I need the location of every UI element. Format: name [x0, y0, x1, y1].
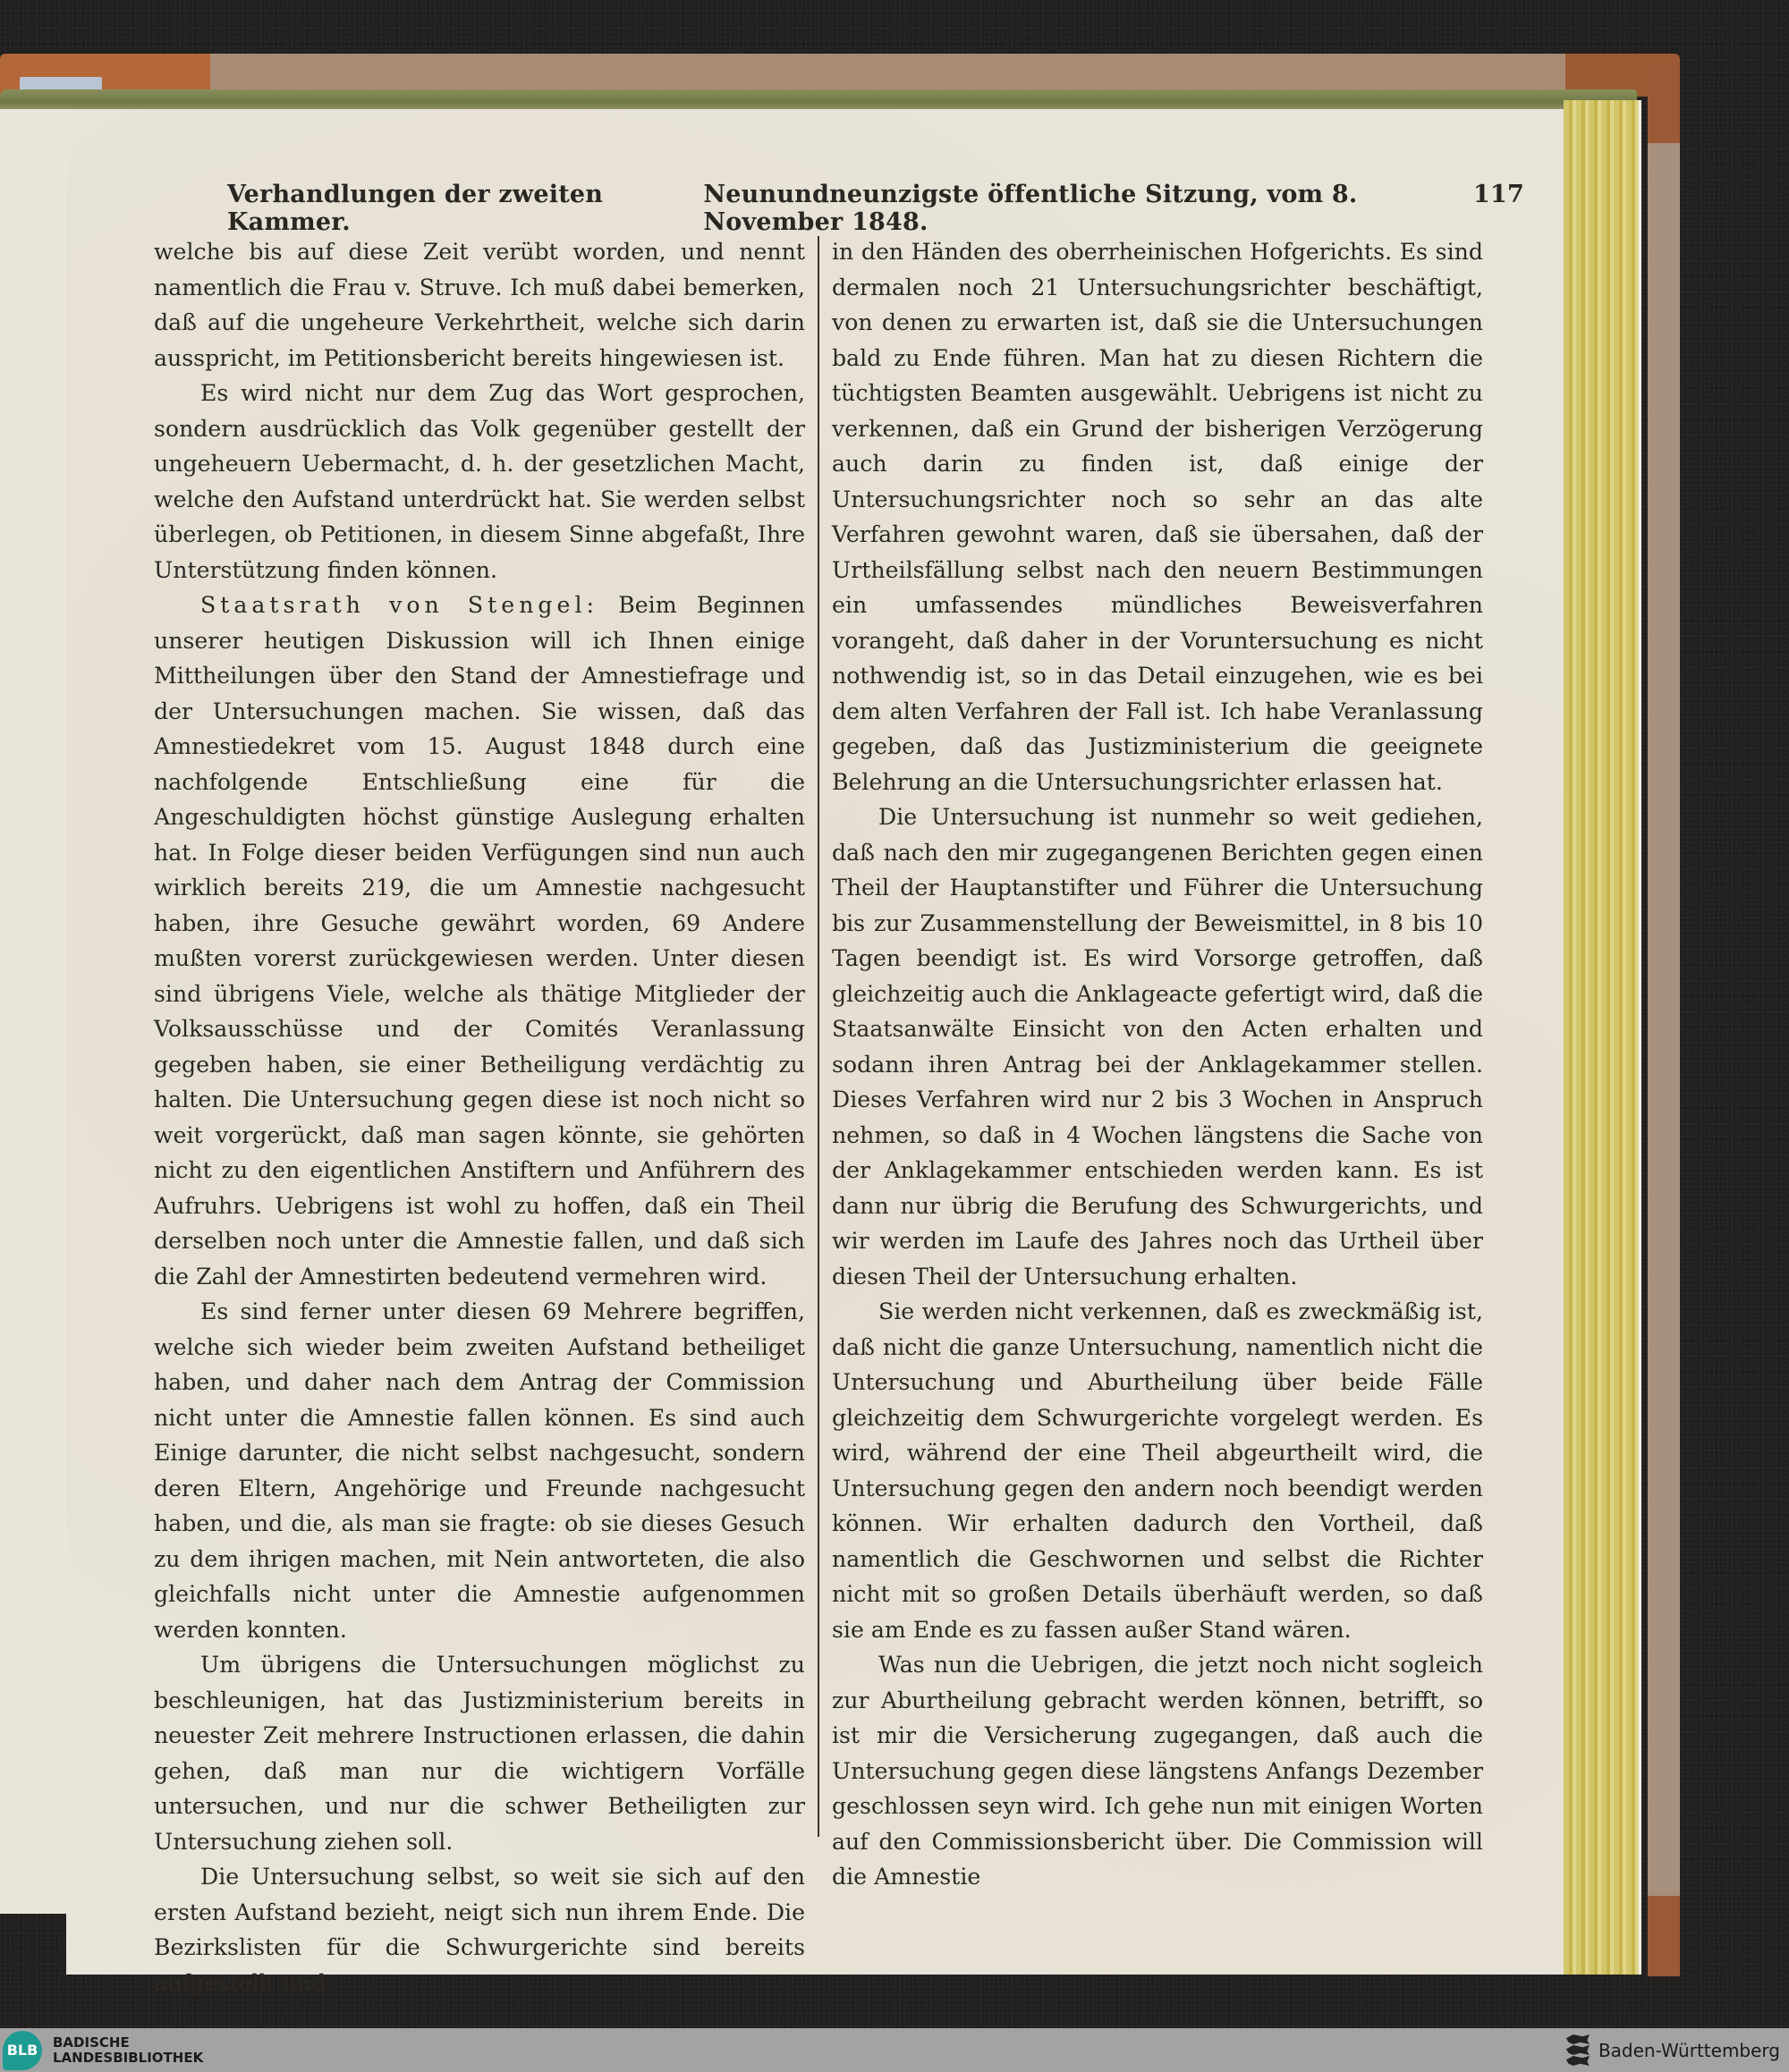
- paragraph: in den Händen des oberrheinischen Hofger…: [832, 234, 1483, 799]
- paragraph: Die Untersuchung selbst, so weit sie sic…: [154, 1859, 805, 2000]
- page-number: 117: [1473, 181, 1524, 208]
- page-block-top-edge: [0, 89, 1637, 111]
- right-column: in den Händen des oberrheinischen Hofger…: [819, 234, 1483, 2000]
- running-head-session: Neunundneunzigste öffentliche Sitzung, v…: [703, 181, 1473, 236]
- three-lions-icon: [1566, 2034, 1590, 2066]
- paragraph: Sie werden nicht verkennen, daß es zweck…: [832, 1294, 1483, 1647]
- paragraph: welche bis auf diese Zeit verübt worden,…: [154, 234, 805, 376]
- paragraph: Es sind ferner unter diesen 69 Mehrere b…: [154, 1294, 805, 1647]
- speaker-name: Staatsrath von Stengel:: [200, 592, 598, 618]
- left-column: welche bis auf diese Zeit verübt worden,…: [154, 234, 818, 2000]
- book-cover-right-edge: [1648, 63, 1680, 1976]
- book-page: Verhandlungen der zweiten Kammer. Neunun…: [66, 109, 1564, 1975]
- speaker-paragraph: Staatsrath von Stengel: Beim Beginnen un…: [154, 588, 805, 1294]
- speech-text: Beim Beginnen unserer heutigen Diskussio…: [154, 592, 805, 1290]
- paragraph: Die Untersuchung ist nunmehr so weit ged…: [832, 799, 1483, 1294]
- paragraph: Es wird nicht nur dem Zug das Wort gespr…: [154, 376, 805, 588]
- running-head: Verhandlungen der zweiten Kammer. Neunun…: [227, 181, 1524, 236]
- footer-bar: BLB BADISCHE LANDESBIBLIOTHEK Baden-Würt…: [0, 2028, 1789, 2072]
- page-block-fore-edge: [1564, 100, 1641, 1975]
- blb-name: BADISCHE LANDESBIBLIOTHEK: [53, 2035, 203, 2066]
- paragraph: Um übrigens die Untersuchungen möglichst…: [154, 1647, 805, 1859]
- blb-logo[interactable]: BLB BADISCHE LANDESBIBLIOTHEK: [0, 2031, 203, 2070]
- blb-badge-icon: BLB: [3, 2031, 42, 2070]
- paragraph: Was nun die Uebrigen, die jetzt noch nic…: [832, 1647, 1483, 1895]
- blb-name-line2: LANDESBIBLIOTHEK: [53, 2051, 203, 2066]
- baden-wuerttemberg-logo[interactable]: Baden-Württemberg: [1566, 2034, 1789, 2066]
- baden-wuerttemberg-label: Baden-Württemberg: [1598, 2040, 1780, 2061]
- blb-name-line1: BADISCHE: [53, 2035, 203, 2051]
- text-columns: welche bis auf diese Zeit verübt worden,…: [154, 234, 1549, 2000]
- running-head-title: Verhandlungen der zweiten Kammer.: [227, 181, 667, 236]
- facing-page-sliver: [0, 109, 68, 1914]
